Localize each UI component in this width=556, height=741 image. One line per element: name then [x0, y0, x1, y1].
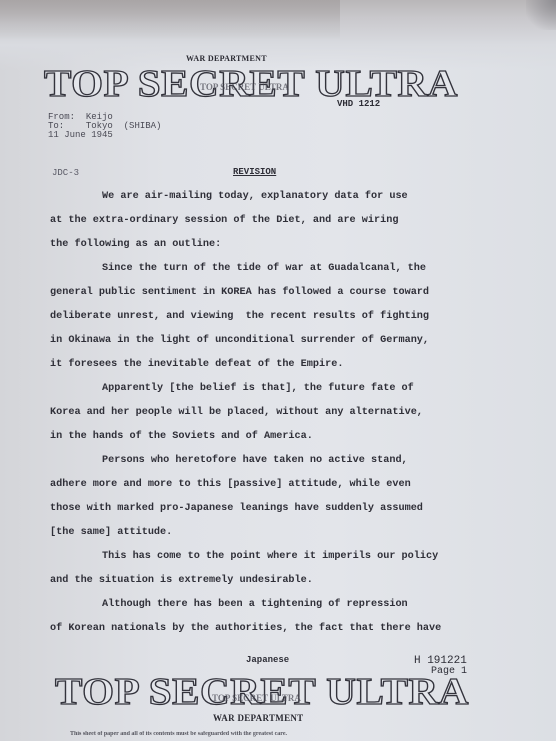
body-line: the following as an outline:: [50, 235, 530, 259]
header-classification-overprint: TOP SECRET ULTRA: [200, 82, 289, 92]
footer-safeguard-notice: This sheet of paper and all of its conte…: [70, 731, 287, 737]
document-body: We are air-mailing today, explanatory da…: [50, 187, 530, 643]
document-serial: JDC-3: [52, 168, 79, 178]
top-shadow: [0, 0, 340, 40]
body-line: of Korean nationals by the authorities, …: [50, 619, 530, 643]
body-line: in Okinawa in the light of unconditional…: [50, 331, 530, 355]
header-reference-number: VHD 1212: [337, 99, 380, 109]
body-line: adhere more and more to this [passive] a…: [50, 475, 530, 499]
footer-classification-overprint: TOP SECRET ULTRA: [212, 693, 301, 703]
footer-department: WAR DEPARTMENT: [213, 713, 303, 723]
body-line: it foresees the inevitable defeat of the…: [50, 355, 530, 379]
body-line: general public sentiment in KOREA has fo…: [50, 283, 530, 307]
body-line: Korea and her people will be placed, wit…: [50, 403, 530, 427]
body-line: in the hands of the Soviets and of Ameri…: [50, 427, 530, 451]
body-line: This has come to the point where it impe…: [50, 547, 530, 571]
document-title: REVISION: [233, 167, 276, 177]
body-line: We are air-mailing today, explanatory da…: [50, 187, 530, 211]
body-line: at the extra-ordinary session of the Die…: [50, 211, 530, 235]
footer-language: Japanese: [246, 655, 289, 665]
body-line: [the same] attitude.: [50, 523, 530, 547]
body-line: Apparently [the belief is that], the fut…: [50, 379, 530, 403]
body-line: deliberate unrest, and viewing the recen…: [50, 307, 530, 331]
body-line: Since the turn of the tide of war at Gua…: [50, 259, 530, 283]
footer-classification-stamp: TOP SECRET ULTRA: [55, 670, 469, 714]
body-line: Although there has been a tightening of …: [50, 595, 530, 619]
to-note: (SHIBA): [124, 121, 162, 131]
body-line: Persons who heretofore have taken no act…: [50, 451, 530, 475]
corner-shadow: [526, 0, 556, 30]
routing-date: 11 June 1945: [48, 131, 113, 140]
body-line: those with marked pro-Japanese leanings …: [50, 499, 530, 523]
body-line: and the situation is extremely undesirab…: [50, 571, 530, 595]
